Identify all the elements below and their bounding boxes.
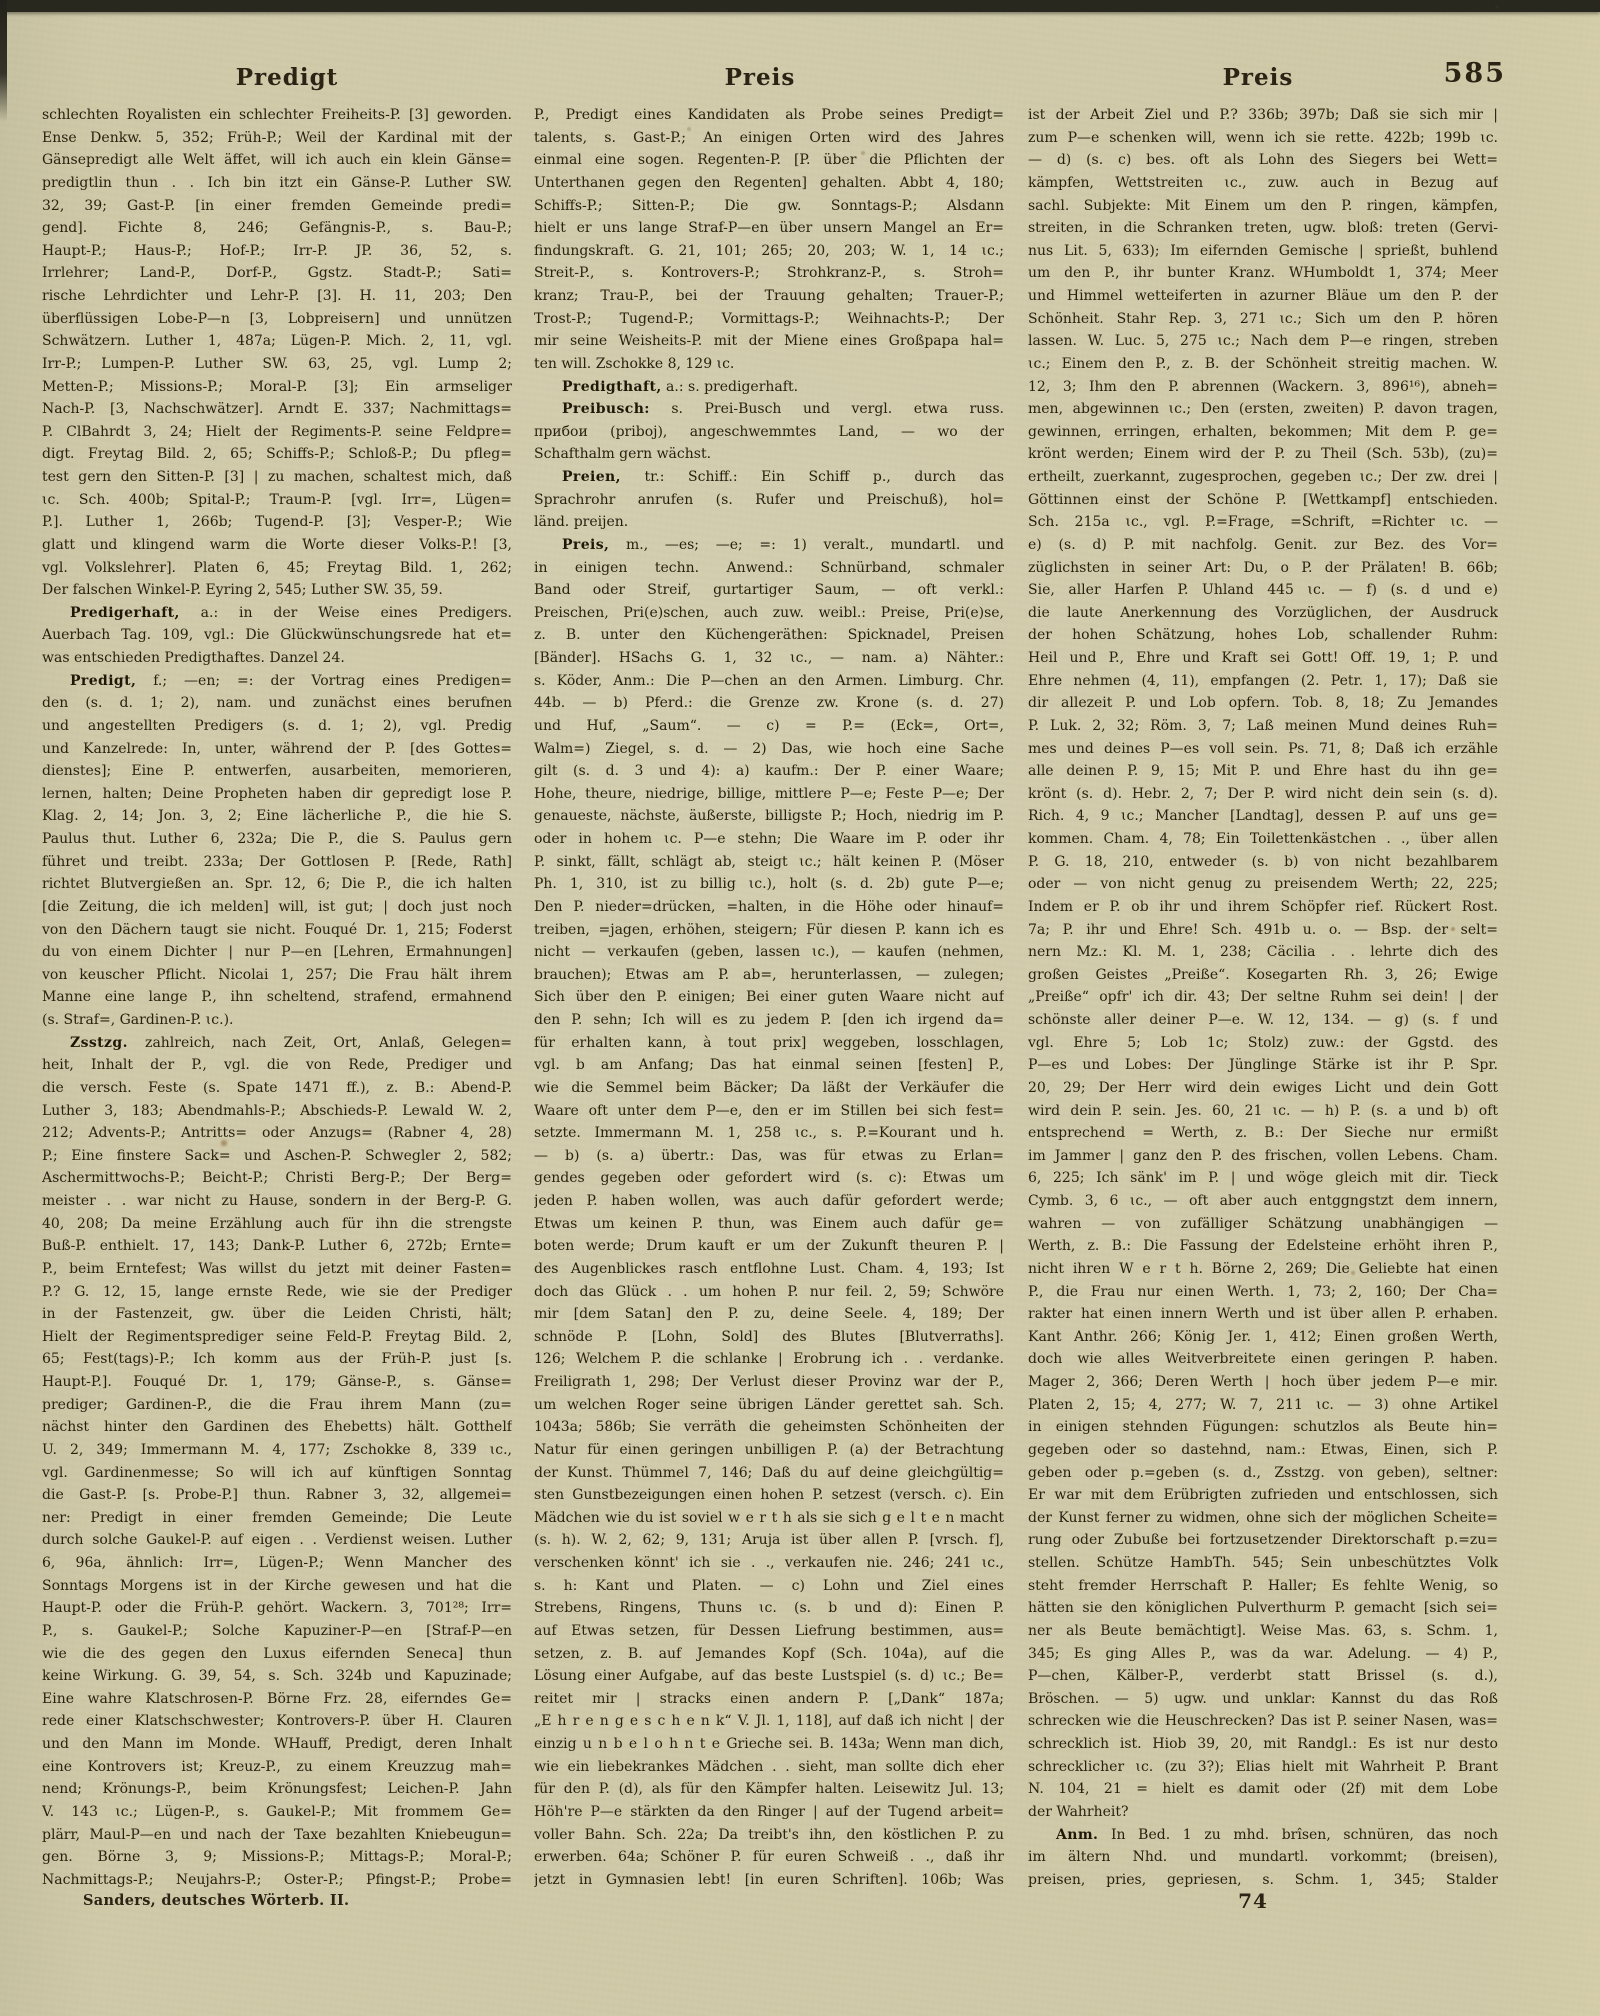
text-line: Klag. 2, 14; Jon. 3, 2; Eine lächerliche… xyxy=(42,805,512,828)
text-line: Waare oft unter dem P—e, den er im Still… xyxy=(534,1100,1004,1123)
text-line: schnöde P. [Lohn, Sold] des Blutes [Blut… xyxy=(534,1326,1004,1349)
text-line: meister . . war nicht zu Hause, sondern … xyxy=(42,1190,512,1213)
text-line: Strebens, Ringens, Thuns ɩc. (s. b und d… xyxy=(534,1597,1004,1620)
text-line: im ältern Nhd. und mundartl. vorkommt; (… xyxy=(1028,1846,1498,1869)
text-line: 6, 96a, ähnlich: Irr=, Lügen-P.; Wenn Ma… xyxy=(42,1552,512,1575)
text-line: Paulus thut. Luther 6, 232a; Die P., die… xyxy=(42,828,512,851)
text-line: ertheilt, zuerkannt, zugesprochen, gegeb… xyxy=(1028,466,1498,489)
scanned-dictionary-page: { "header": { "left_keyword": "Predigt",… xyxy=(0,0,1600,2016)
text-line: P—chen, Kälber-P., verderbt statt Brisse… xyxy=(1028,1665,1498,1688)
text-line: Streit-P., s. Kontrovers-P.; Strohkranz-… xyxy=(534,262,1004,285)
text-line: Predigt, f.; —en; =: der Vortrag eines P… xyxy=(42,670,512,693)
text-line: Auerbach Tag. 109, vgl.: Die Glückwünsch… xyxy=(42,624,512,647)
text-line: Nach-P. [3, Nachschwätzer]. Arndt E. 337… xyxy=(42,398,512,421)
text-line: in der Fastenzeit, gw. über die Leiden C… xyxy=(42,1303,512,1326)
text-line: um welchen Roger seine übrigen Länder ge… xyxy=(534,1394,1004,1417)
text-line: vgl. Volkslehrer]. Platen 6, 45; Freytag… xyxy=(42,557,512,580)
text-line: [die Zeitung, die ich melden] will, ist … xyxy=(42,896,512,919)
text-line: preisen, pries, gepriesen, s. Schm. 1, 3… xyxy=(1028,1869,1498,1892)
text-line: 32, 39; Gast-P. [in einer fremden Gemein… xyxy=(42,195,512,218)
text-line: [Bänder]. HSachs G. 1, 32 ɩc., — nam. a)… xyxy=(534,647,1004,670)
text-line: stellen. Schütze HambTh. 545; Sein unbes… xyxy=(1028,1552,1498,1575)
text-line: sten Gunstbezeigungen einen hohen P. set… xyxy=(534,1484,1004,1507)
text-line: Schiffs-P.; Sitten-P.; Die gw. Sonntags-… xyxy=(534,195,1004,218)
text-line: Werth, z. B.: Die Fassung der Edelsteine… xyxy=(1028,1235,1498,1258)
text-line: in einigen stehnden Fügungen: schutzlos … xyxy=(1028,1416,1498,1439)
text-line: hätten sie den königlichen Pulverthurm P… xyxy=(1028,1597,1498,1620)
text-line: Ehre nehmen (4, 11), empfangen (2. Petr.… xyxy=(1028,670,1498,693)
text-line: züglichsten in seiner Art: Du, o P. der … xyxy=(1028,557,1498,580)
text-line: Metten-P.; Missions-P.; Moral-P. [3]; Ei… xyxy=(42,376,512,399)
text-line: du von einem Dichter | nur P—en [Lehren,… xyxy=(42,941,512,964)
text-line: (s. h). W. 2, 62; 9, 131; Aruja ist über… xyxy=(534,1529,1004,1552)
text-line: kommen. Cham. 4, 78; Ein Toilettenkästch… xyxy=(1028,828,1498,851)
text-line: nern Mz.: Kl. M. 1, 238; Cäcilia . . leh… xyxy=(1028,941,1498,964)
text-line: gendes gegeben oder gefordert wird (s. c… xyxy=(534,1167,1004,1190)
running-head-middle: Preis xyxy=(725,64,796,91)
text-line: Trost-P.; Tugend-P.; Vormittags-P.; Weih… xyxy=(534,308,1004,331)
text-line: Lösung einer Aufgabe, auf das beste Lust… xyxy=(534,1665,1004,1688)
text-line: schrecklicher ɩc. (zu 3?); Elias hielt m… xyxy=(1028,1756,1498,1779)
text-line: wie die des gegen den Luxus eifernden Se… xyxy=(42,1643,512,1666)
text-line: 126; Welchem P. die schlanke | Erobrung … xyxy=(534,1348,1004,1371)
text-line: von den Dächern taugt sie nicht. Fouqué … xyxy=(42,919,512,942)
text-line: wird dein P. sein. Jes. 60, 21 ɩc. — h) … xyxy=(1028,1100,1498,1123)
text-line: einmal eine sogen. Regenten-P. [P. über … xyxy=(534,149,1004,172)
text-line: Ph. 1, 310, ist zu billig ɩc.), holt (s.… xyxy=(534,873,1004,896)
text-line: Platen 2, 15; 4, 277; W. 7, 211 ɩc. — 3)… xyxy=(1028,1394,1498,1417)
text-line: wie die Semmel beim Bäcker; Da läßt der … xyxy=(534,1077,1004,1100)
text-line: ɩc.; Einem den P., z. B. der Schönheit s… xyxy=(1028,353,1498,376)
text-line: vgl. Gardinenmesse; So will ich auf künf… xyxy=(42,1462,512,1485)
text-line: sachl. Subjekte: Mit Einem um den P. rin… xyxy=(1028,195,1498,218)
text-line: Er war mit dem Erübrigten zufrieden und … xyxy=(1028,1484,1498,1507)
text-line: Natur für einen geringen unbilligen P. (… xyxy=(534,1439,1004,1462)
text-line: vgl. Ehre 5; Lob 1c; Stolz) zuw.: der Gg… xyxy=(1028,1032,1498,1055)
text-line: Mädchen wie du ist soviel w e r t h als … xyxy=(534,1507,1004,1530)
text-line: Preis, m., —es; —e; =: 1) veralt., munda… xyxy=(534,534,1004,557)
text-line: oder — von nicht genug zu preisendem Wer… xyxy=(1028,873,1498,896)
text-line: was entschieden Predigthaftes. Danzel 24… xyxy=(42,647,512,670)
text-line: streiten, in die Schranken treten, ugw. … xyxy=(1028,217,1498,240)
text-line: e) (s. d) P. mit nachfolg. Genit. zur Be… xyxy=(1028,534,1498,557)
text-line: wie ein liebekrankes Mädchen . . sieht, … xyxy=(534,1756,1004,1779)
text-line: Irr-P.; Lumpen-P. Luther SW. 63, 25, vgl… xyxy=(42,353,512,376)
text-line: (s. Straf=, Gardinen-P. ɩc.). xyxy=(42,1009,512,1032)
text-line: ɩc. Sch. 400b; Spital-P.; Traum-P. [vgl.… xyxy=(42,489,512,512)
text-line: P.]. Luther 1, 266b; Tugend-P. [3]; Vesp… xyxy=(42,511,512,534)
text-line: rede einer Klatschschwester; Kontrovers-… xyxy=(42,1710,512,1733)
text-line: rung oder Zubuße bei fortzusetzender Dir… xyxy=(1028,1529,1498,1552)
text-line: s. Köder, Anm.: Die P—chen an den Armen.… xyxy=(534,670,1004,693)
text-line: Nachmittags-P.; Neujahrs-P.; Oster-P.; P… xyxy=(42,1869,512,1892)
text-line: predigtlin thun . . Ich bin itzt ein Gän… xyxy=(42,172,512,195)
text-line: ist der Arbeit Ziel und P.? 336b; 397b; … xyxy=(1028,104,1498,127)
text-line: für den P. (d), als für den Kämpfer halt… xyxy=(534,1778,1004,1801)
text-line: setzen, z. B. auf Jemandes Kopf (Sch. 10… xyxy=(534,1643,1004,1666)
text-line: reitet mir | stracks einen andern P. [„D… xyxy=(534,1688,1004,1711)
text-line: P.? G. 12, 15, lange ernste Rede, wie si… xyxy=(42,1281,512,1304)
text-line: erwerben. 64a; Schöner P. für euren Schw… xyxy=(534,1846,1004,1869)
text-line: nächst hinter den Gardinen des Ehebetts)… xyxy=(42,1416,512,1439)
text-line: Indem er P. ob ihr und ihrem Schöpfer ri… xyxy=(1028,896,1498,919)
text-line: voller Bahn. Sch. 22a; Da treibt's ihn, … xyxy=(534,1824,1004,1847)
text-line: mir [dem Satan] den P. zu, deine Seele. … xyxy=(534,1303,1004,1326)
text-line: Haupt-P.; Haus-P.; Hof-P.; Irr-P. JP. 36… xyxy=(42,240,512,263)
text-line: Schwätzern. Luther 1, 487a; Lügen-P. Mic… xyxy=(42,330,512,353)
text-line: schrecken wie die Heuschrecken? Das ist … xyxy=(1028,1710,1498,1733)
text-line: ner: Predigt in einer fremden Gemeinde; … xyxy=(42,1507,512,1530)
text-line: den (s. d. 1; 2), nam. und zunächst eine… xyxy=(42,692,512,715)
text-line: Irrlehrer; Land-P., Dorf-P., Ggstz. Stad… xyxy=(42,262,512,285)
text-line: mes und deines P—es voll sein. Ps. 71, 8… xyxy=(1028,738,1498,761)
text-line: nicht ihren W e r t h. Börne 2, 269; Die… xyxy=(1028,1258,1498,1281)
text-line: P. G. 18, 210, entweder (s. b) von nicht… xyxy=(1028,851,1498,874)
text-line: findungskraft. G. 21, 101; 265; 20, 203;… xyxy=(534,240,1004,263)
text-line: mir seine Weisheits-P. mit der Miene ein… xyxy=(534,330,1004,353)
text-line: führet und treibt. 233a; Der Gottlosen P… xyxy=(42,851,512,874)
scan-edge-left xyxy=(0,0,7,122)
text-line: Haupt-P.]. Fouqué Dr. 1, 179; Gänse-P., … xyxy=(42,1371,512,1394)
text-line: U. 2, 349; Immermann M. 4, 177; Zschokke… xyxy=(42,1439,512,1462)
text-line: — d) (s. c) bes. oft als Lohn des Sieger… xyxy=(1028,149,1498,172)
text-line: heit, Inhalt der P., vgl. die von Rede, … xyxy=(42,1054,512,1077)
text-line: gegeben oder so dastehnd, nam.: Etwas, E… xyxy=(1028,1439,1498,1462)
text-line: auf Etwas setzen, für Dessen Liefrung be… xyxy=(534,1620,1004,1643)
text-line: gilt (s. d. 3 und 4): a) kaufm.: Der P. … xyxy=(534,760,1004,783)
text-line: Heil und P., Ehre und Kraft sei Gott! Of… xyxy=(1028,647,1498,670)
text-line: s. h: Kant und Platen. — c) Lohn und Zie… xyxy=(534,1575,1004,1598)
text-line: P.; Eine finstere Sack= und Aschen-P. Sc… xyxy=(42,1145,512,1168)
text-line: entsprechend = Werth, z. B.: Der Sieche … xyxy=(1028,1122,1498,1145)
text-line: von keuscher Pflicht. Nicolai 1, 257; Di… xyxy=(42,964,512,987)
text-line: P. sinkt, fällt, schlägt ab, steigt ɩc.;… xyxy=(534,851,1004,874)
text-line: gen. Börne 3, 9; Missions-P.; Mittags-P.… xyxy=(42,1846,512,1869)
text-line: Cymb. 3, 6 ɩc., — oft aber auch entggngs… xyxy=(1028,1190,1498,1213)
text-line: digt. Freytag Bild. 2, 65; Schiffs-P.; S… xyxy=(42,443,512,466)
text-line: zum P—e schenken will, wenn ich sie rett… xyxy=(1028,127,1498,150)
text-line: brauchen); Etwas am P. ab=, herunterlass… xyxy=(534,964,1004,987)
text-line: die versch. Feste (s. Spate 1471 ff.), z… xyxy=(42,1077,512,1100)
text-line: Sonntags Morgens ist in der Kirche gewes… xyxy=(42,1575,512,1598)
text-line: alle deinen P. 9, 15; Mit P. und Ehre ha… xyxy=(1028,760,1498,783)
text-line: gewinnen, erringen, erhalten, bekommen; … xyxy=(1028,421,1498,444)
text-line: und angestellten Predigers (s. d. 1; 2),… xyxy=(42,715,512,738)
text-line: 65; Fest(tags)-P.; Ich komm aus der Früh… xyxy=(42,1348,512,1371)
running-head-left: Predigt xyxy=(236,64,339,91)
text-line: hielt er uns lange Straf-P—en über unser… xyxy=(534,217,1004,240)
text-line: genaueste, nächste, äußerste, billigste … xyxy=(534,805,1004,828)
text-line: doch das Glück . . um hohen P. nur feil.… xyxy=(534,1281,1004,1304)
text-column-1: schlechten Royalisten ein schlechter Fre… xyxy=(42,104,512,1891)
sheet-number: 74 xyxy=(1203,1889,1303,1913)
text-line: der Kunst ferner zu widmen, ohne sich de… xyxy=(1028,1507,1498,1530)
text-line: Höh're P—e stärkten da den Ringer | auf … xyxy=(534,1801,1004,1824)
text-line: Preischen, Pri(e)schen, auch zuw. weibl.… xyxy=(534,602,1004,625)
text-line: Buß-P. enthielt. 17, 143; Dank-P. Luther… xyxy=(42,1235,512,1258)
text-line: Hielt der Regimentsprediger seine Feld-P… xyxy=(42,1326,512,1349)
text-line: durch solche Gaukel-P. auf eigen . . Ver… xyxy=(42,1529,512,1552)
text-column-2: P., Predigt eines Kandidaten als Probe s… xyxy=(534,104,1004,1891)
scan-edge-top xyxy=(0,0,1600,12)
text-line: Kant Anthr. 266; König Jer. 1, 412; Eine… xyxy=(1028,1326,1498,1349)
text-line: — b) (s. a) übertr.: Das, was für etwas … xyxy=(534,1145,1004,1168)
text-line: ten will. Zschokke 8, 129 ɩc. xyxy=(534,353,1004,376)
text-line: Freiligrath 1, 298; Der Verlust dieser P… xyxy=(534,1371,1004,1394)
text-line: Mager 2, 366; Deren Werth | hoch über je… xyxy=(1028,1371,1498,1394)
text-line: Zsstzg. zahlreich, nach Zeit, Ort, Anlaß… xyxy=(42,1032,512,1055)
text-line: Anm. In Bed. 1 zu mhd. brîsen, schnüren,… xyxy=(1028,1824,1498,1847)
text-line: richtet Blutvergießen an. Spr. 12, 6; Di… xyxy=(42,873,512,896)
text-line: Band oder Streif, gurtartiger Saum, — of… xyxy=(534,579,1004,602)
text-line: boten werde; Drum kauft er um der Zukunf… xyxy=(534,1235,1004,1258)
text-line: Walm=) Ziegel, s. d. — 2) Das, wie hoch … xyxy=(534,738,1004,761)
text-line: V. 143 ɩc.; Lügen-P., s. Gaukel-P.; Mit … xyxy=(42,1801,512,1824)
text-line: Luther 3, 183; Abendmahls-P.; Abschieds-… xyxy=(42,1100,512,1123)
text-line: Sprachrohr anrufen (s. Rufer und Preisch… xyxy=(534,489,1004,512)
text-line: jetzt in Gymnasien lebt! [in euren Schri… xyxy=(534,1869,1004,1892)
text-line: steht fremder Herrschaft P. Haller; Es f… xyxy=(1028,1575,1498,1598)
text-line: test gern den Sitten-P. [3] | zu machen,… xyxy=(42,466,512,489)
text-line: Eine wahre Klatschrosen-P. Börne Frz. 28… xyxy=(42,1688,512,1711)
text-line: Unterthanen gegen den Regenten] gehalten… xyxy=(534,172,1004,195)
text-line: Haupt-P. oder die Früh-P. gehört. Wacker… xyxy=(42,1597,512,1620)
text-line: überflüssigen Lobe-P—n [3, Lobpreisern] … xyxy=(42,308,512,331)
text-line: men, abgewinnen ɩc.; Den (ersten, zweite… xyxy=(1028,398,1498,421)
text-line: doch wie alles Weitverbreitete einen ger… xyxy=(1028,1348,1498,1371)
text-line: Preien, tr.: Schiff.: Ein Schiff p., dur… xyxy=(534,466,1004,489)
text-line: Rich. 4, 9 ɩc.; Mancher [Landtag], desse… xyxy=(1028,805,1498,828)
text-line: einzig u n b e l o h n t e Grieche sei. … xyxy=(534,1733,1004,1756)
text-line: vgl. b am Anfang; Das hat einmal seinen … xyxy=(534,1054,1004,1077)
text-line: Sich über den P. einigen; Bei einer gute… xyxy=(534,986,1004,1009)
text-line: talents, s. Gast-P.; An einigen Orten wi… xyxy=(534,127,1004,150)
text-line: Predigthaft, a.: s. predigerhaft. xyxy=(534,376,1004,399)
running-head-right: Preis xyxy=(1223,64,1294,91)
text-line: nus Lit. 5, 633); Im eifernden Gemische … xyxy=(1028,240,1498,263)
text-line: und Huf, „Saum“. — c) = P.= (Eck=, Ort=, xyxy=(534,715,1004,738)
text-line: wahren — von zufälliger Schätzung unabhä… xyxy=(1028,1213,1498,1236)
text-line: kämpfen, Wettstreiten ɩc., zuw. auch in … xyxy=(1028,172,1498,195)
text-line: P—es und Lobes: Der Jünglinge Stärke ist… xyxy=(1028,1054,1498,1077)
text-line: den P. sehn; Ich will es zu jedem P. [de… xyxy=(534,1009,1004,1032)
text-line: und Himmel wetteiferten in azurner Bläue… xyxy=(1028,285,1498,308)
text-line: 6, 225; Ich sänk' im P. | und wöge gleic… xyxy=(1028,1167,1498,1190)
text-line: und Kanzelrede: In, unter, während der P… xyxy=(42,738,512,761)
text-line: 7a; P. ihr und Ehre! Sch. 491b u. o. — B… xyxy=(1028,919,1498,942)
text-line: krönt werden; Einem wird der P. zu Theil… xyxy=(1028,443,1498,466)
text-line: P., s. Gaukel-P.; Solche Kapuziner-P—en … xyxy=(42,1620,512,1643)
text-line: der Wahrheit? xyxy=(1028,1801,1498,1824)
text-line: lernen, halten; Deine Propheten haben di… xyxy=(42,783,512,806)
text-line: 212; Advents-P.; Antritts= oder Anzugs= … xyxy=(42,1122,512,1145)
text-line: der Kunst. Thümmel 7, 146; Daß du auf de… xyxy=(534,1462,1004,1485)
text-line: der hohen Schätzung, hohes Lob, schallen… xyxy=(1028,624,1498,647)
text-line: P. Luk. 2, 32; Röm. 3, 7; Laß meinen Mun… xyxy=(1028,715,1498,738)
text-line: 40, 208; Da meine Erzählung auch für ihn… xyxy=(42,1213,512,1236)
text-line: die laute Anerkennung des Vorzüglichen, … xyxy=(1028,602,1498,625)
text-line: und den Mann im Monde. WHauff, Predigt, … xyxy=(42,1733,512,1756)
text-line: Preibusch: s. Prei-Busch und vergl. etwa… xyxy=(534,398,1004,421)
text-line: nend; Krönungs-P., beim Krönungsfest; Le… xyxy=(42,1778,512,1801)
text-line: die Gast-P. [s. Probe-P.] thun. Rabner 3… xyxy=(42,1484,512,1507)
text-line: großen Geistes „Preiße“. Kosegarten Rh. … xyxy=(1028,964,1498,987)
text-line: lassen. W. Luc. 5, 275 ɩc.; Nach dem P—e… xyxy=(1028,330,1498,353)
text-line: Gänsepredigt alle Welt äffet, will ich a… xyxy=(42,149,512,172)
text-line: 1043a; 586b; Sie verräth die geheimsten … xyxy=(534,1416,1004,1439)
text-line: plärr, Maul-P—en und nach der Taxe bezah… xyxy=(42,1824,512,1847)
text-line: schlechten Royalisten ein schlechter Fre… xyxy=(42,104,512,127)
text-line: 44b. — b) Pferd.: die Grenze zw. Krone (… xyxy=(534,692,1004,715)
text-line: Sch. 215a ɩc., vgl. P.=Frage, =Schrift, … xyxy=(1028,511,1498,534)
text-line: P., Predigt eines Kandidaten als Probe s… xyxy=(534,104,1004,127)
text-line: прибои (priboj), angeschwemmtes Land, — … xyxy=(534,421,1004,444)
text-line: dir allezeit P. und Lob opfern. Tob. 8, … xyxy=(1028,692,1498,715)
text-line: Predigerhaft, a.: in der Weise eines Pre… xyxy=(42,602,512,625)
text-line: Den P. nieder=drücken, =halten, in die H… xyxy=(534,896,1004,919)
text-line: Manne eine lange P., ihn scheltend, stra… xyxy=(42,986,512,1009)
text-line: z. B. unter den Küchengeräthen: Spicknad… xyxy=(534,624,1004,647)
text-line: dienstes]; Eine P. entwerfen, ausarbeite… xyxy=(42,760,512,783)
text-line: „E h r e n g e s c h e n k“ V. Jl. 1, 11… xyxy=(534,1710,1004,1733)
text-line: Der falschen Winkel-P. Eyring 2, 545; Lu… xyxy=(42,579,512,602)
text-column-3: ist der Arbeit Ziel und P.? 336b; 397b; … xyxy=(1028,104,1498,1891)
text-line: des Augenblickes rasch entflohne Lust. C… xyxy=(534,1258,1004,1281)
foxing-specks xyxy=(0,0,2,2)
text-line: Hohe, theure, niedrige, billige, mittler… xyxy=(534,783,1004,806)
text-line: glatt und klingend warm die Worte dieser… xyxy=(42,534,512,557)
text-line: länd. preijen. xyxy=(534,511,1004,534)
text-line: nicht — verkaufen (geben, lassen ɩc.), —… xyxy=(534,941,1004,964)
text-line: für erhalten kann, à tout prix] weggeben… xyxy=(534,1032,1004,1055)
text-line: Schönheit. Stahr Rep. 3, 271 ɩc.; Sich u… xyxy=(1028,308,1498,331)
text-line: geben oder p.=geben (s. d., Zsstzg. von … xyxy=(1028,1462,1498,1485)
text-line: verschenken könnt' ich sie . ., verkaufe… xyxy=(534,1552,1004,1575)
text-line: schönste aller deiner P—e. W. 12, 134. —… xyxy=(1028,1009,1498,1032)
text-line: Göttinnen einst der Schöne P. [Wettkampf… xyxy=(1028,489,1498,512)
text-line: ner als Beute bemächtigt]. Weise Mas. 63… xyxy=(1028,1620,1498,1643)
text-line: 20, 29; Der Herr wird dein ewiges Licht … xyxy=(1028,1077,1498,1100)
text-line: treiben, =jagen, erhöhen, steigern; Für … xyxy=(534,919,1004,942)
text-line: oder in hohem ɩc. P—e stehn; Die Waare i… xyxy=(534,828,1004,851)
text-line: gend]. Fichte 8, 246; Gefängnis-P., s. B… xyxy=(42,217,512,240)
text-line: P., beim Erntefest; Was willst du jetzt … xyxy=(42,1258,512,1281)
text-line: P. ClBahrdt 3, 24; Hielt der Regiments-P… xyxy=(42,421,512,444)
text-line: schrecklich ist. Hiob 39, 20, mit Randgl… xyxy=(1028,1733,1498,1756)
text-line: 345; Es ging Alles P., was da war. Adelu… xyxy=(1028,1643,1498,1666)
text-line: um den P., ihr bunter Kranz. WHumboldt 1… xyxy=(1028,262,1498,285)
text-line: Sie, aller Harfen P. Uhland 445 ɩc. — f)… xyxy=(1028,579,1498,602)
text-line: im Jammer | ganz den P. des frischen, vo… xyxy=(1028,1145,1498,1168)
text-line: rakter hat einen innern Werth und ist üb… xyxy=(1028,1303,1498,1326)
text-line: 12, 3; Ihm den P. abrennen (Wackern. 3, … xyxy=(1028,376,1498,399)
text-line: Schafthalm gern wächst. xyxy=(534,443,1004,466)
text-line: „Preiße“ opfr' ich dir. 43; Der seltne R… xyxy=(1028,986,1498,1009)
text-line: eine Kontrovers ist; Kreuz-P., zu einem … xyxy=(42,1756,512,1779)
text-line: Ense Denkw. 5, 352; Früh-P.; Weil der Ka… xyxy=(42,127,512,150)
text-line: in einigen techn. Anwend.: Schnürband, s… xyxy=(534,557,1004,580)
text-line: Etwas um keinen P. thun, was Einem auch … xyxy=(534,1213,1004,1236)
text-line: P., die Frau nur einen Werth. 1, 73; 2, … xyxy=(1028,1281,1498,1304)
text-line: rische Lehrdichter und Lehr-P. [3]. H. 1… xyxy=(42,285,512,308)
volume-signature: Sanders, deutsches Wörterb. II. xyxy=(83,1892,349,1909)
text-line: Aschermittwochs-P.; Beicht-P.; Christi B… xyxy=(42,1167,512,1190)
text-line: krönt (s. d). Hebr. 2, 7; Der P. wird ni… xyxy=(1028,783,1498,806)
text-line: Bröschen. — 5) ugw. und unklar: Kannst d… xyxy=(1028,1688,1498,1711)
text-line: setzte. Immermann M. 1, 258 ɩc., s. P.=K… xyxy=(534,1122,1004,1145)
text-line: jeden P. haben wollen, was auch dafür ge… xyxy=(534,1190,1004,1213)
text-line: N. 104, 21 = hielt es damit oder (2f) mi… xyxy=(1028,1778,1498,1801)
page-number: 585 xyxy=(1406,58,1506,89)
text-line: prediger; Gardinen-P., die die Frau ihre… xyxy=(42,1394,512,1417)
text-line: kranz; Trau-P., bei der Trauung gehalten… xyxy=(534,285,1004,308)
text-line: keine Wirkung. G. 39, 54, s. Sch. 324b u… xyxy=(42,1665,512,1688)
